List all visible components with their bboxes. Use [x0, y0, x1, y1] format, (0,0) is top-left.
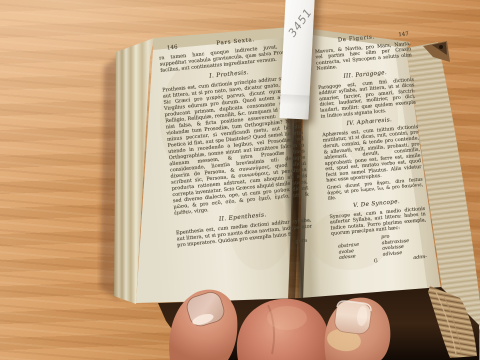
- knuckle-highlight: [267, 306, 307, 330]
- hand-and-board: [0, 0, 480, 360]
- photo-scene: 146 Pars Sexta. ra tamen hanc quoque ind…: [0, 0, 480, 360]
- index-finger-nail: [334, 300, 373, 335]
- inventory-tag-number: 3451: [286, 6, 315, 40]
